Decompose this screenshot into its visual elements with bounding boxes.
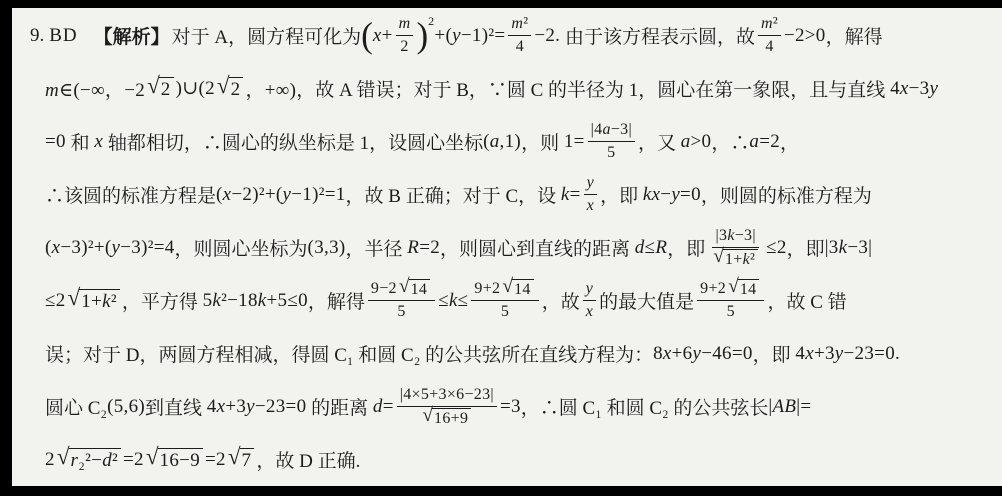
text-run: ，平方得 (122, 287, 203, 314)
fraction-denominator: 5 (604, 142, 618, 163)
radicand: 1+k² (723, 249, 758, 269)
radicand: 2 (229, 77, 244, 101)
fraction-numerator: m² (508, 14, 531, 36)
math-run: 5k²−18k+5≤0 (203, 290, 308, 312)
math-run: 2 (161, 79, 171, 101)
math-run: ，+∞) (245, 75, 296, 102)
math-run: 9+2 (700, 279, 726, 299)
solution-line: =0 和 x 轴都相切，∴圆心的纵坐标是 1，设圆心坐标(a,1)，则 1=|4… (12, 115, 1002, 168)
math-run: +(y−1)²= (434, 25, 505, 47)
math-run: (x−2)²+(y−1)²=1 (216, 184, 346, 206)
text-run: 由于该方程表示圆，故 (560, 22, 755, 49)
math-run: =0 (45, 131, 66, 153)
math-run: x+ (373, 25, 393, 47)
radical-sign: √ (68, 287, 81, 310)
math-run: (x−3)²+(y−3)²=4 (45, 237, 175, 259)
math-run: ≤2 (766, 237, 787, 259)
text-run: ，即 (600, 181, 643, 208)
text-run: ，又 (638, 128, 681, 155)
radicand: 1+k² (79, 289, 120, 313)
fraction-denominator: 5 (498, 301, 512, 322)
radical-sign: √ (228, 446, 241, 469)
fraction-denominator: x (583, 301, 596, 322)
text-run: ，则圆心坐标为 (175, 234, 308, 261)
fraction-denominator: 5 (394, 301, 408, 322)
text-run: ，即 (787, 234, 825, 261)
math-run: −2. (534, 25, 560, 47)
sqrt-expression: √16−9 (146, 448, 203, 472)
sqrt-expression: √14 (728, 279, 759, 299)
text-run: ，故 A 错误；对于 B，∵圆 C 的半径为 1，圆心在第一象限，且与直线 (296, 75, 890, 102)
math-run: r₂²−d² (71, 450, 118, 472)
solution-line: 2√r₂²−d²=2√16−9=2√7，故 D 正确. (12, 433, 1002, 486)
math-run: ≤2 (45, 290, 66, 312)
math-run: (5,6) (107, 396, 145, 418)
solution-line: ≤2√1+k²，平方得 5k²−18k+5≤0，解得9−2√145≤k≤9+2√… (12, 274, 1002, 327)
math-run: a>0 (681, 131, 712, 153)
text-run: ，半径 (346, 234, 408, 261)
fraction: m²4 (508, 14, 531, 57)
fraction: yx (584, 173, 597, 216)
solution-line: ∴该圆的标准方程是(x−2)²+(y−1)²=1，故 B 正确；对于 C，设 k… (12, 168, 1002, 221)
fraction-numerator: y (583, 279, 596, 301)
radicand: r₂²−d² (69, 448, 121, 472)
math-run: 8x+6y−46=0 (653, 343, 753, 365)
math-run: 4x−3y (890, 78, 938, 100)
math-run: m∈(−∞，−2 (45, 75, 145, 102)
radicand: 16−9 (158, 448, 203, 472)
math-run: x (586, 302, 593, 322)
fraction-numerator: |4×5+3×6−23| (397, 385, 497, 407)
radical-sign: √ (502, 277, 513, 297)
fraction-numerator: 9+2√14 (697, 279, 764, 301)
fraction-denominator: 5 (724, 301, 738, 322)
fraction-numerator: |3k−3| (712, 226, 758, 248)
sqrt-expression: √2 (147, 77, 174, 101)
text-run: ，∴ (711, 128, 749, 155)
math-run: 4 (765, 37, 773, 57)
math-run: )∪(2 (176, 77, 215, 100)
fraction-denominator: 2 (397, 36, 411, 57)
fraction: m2 (396, 14, 414, 57)
solution-line: 圆心 C₂(5,6)到直线 4x+3y−23=0 的距离 d=|4×5+3×6−… (12, 380, 1002, 433)
solution-line: 9. BD 【解析】 对于 A，圆方程可化为(x+m2)2+(y−1)²=m²4… (12, 9, 1002, 62)
fraction-denominator: 4 (762, 36, 776, 57)
fraction-numerator: 9+2√14 (471, 279, 538, 301)
math-run: 1+k² (81, 291, 117, 313)
radicand: 14 (512, 279, 534, 299)
math-run: =2 (205, 449, 226, 471)
math-run: m² (511, 14, 528, 34)
text-run: ，则圆心到直线的距离 (440, 234, 635, 261)
big-paren: ) (416, 19, 428, 51)
fraction: |4a−3|5 (588, 120, 635, 163)
text-run: ，故 (542, 287, 580, 314)
math-run: |AB|= (768, 396, 811, 418)
math-run: x (94, 131, 103, 153)
math-run: x (587, 196, 594, 216)
text-run: 的最大值是 (599, 287, 694, 314)
fraction-denominator: x (584, 195, 597, 216)
fraction: 9−2√145 (368, 279, 435, 322)
radical-sign: √ (422, 406, 433, 426)
text-run: ，则圆的标准方程为 (701, 181, 872, 208)
text-run: ，解得 (826, 22, 883, 49)
text-run: ， (780, 128, 799, 155)
math-run: =2 (123, 449, 144, 471)
math-run: 9+2 (474, 279, 500, 299)
text-run: ，故 B 正确；对于 C，设 (346, 181, 561, 208)
fraction-numerator: 9−2√14 (368, 279, 435, 301)
fraction-denominator: 4 (513, 36, 527, 57)
math-run: (a,1) (483, 131, 521, 153)
answer-letters: BD (49, 25, 77, 47)
math-run: kx−y=0 (643, 184, 701, 206)
sqrt-expression: √1+k² (713, 249, 758, 269)
radicand: 7 (240, 448, 255, 472)
fraction-numerator: m (396, 14, 414, 36)
radicand: 16+9 (432, 408, 471, 428)
document-page: 9. BD 【解析】 对于 A，圆方程可化为(x+m2)2+(y−1)²=m²4… (12, 8, 1002, 486)
solution-block: 9. BD 【解析】 对于 A，圆方程可化为(x+m2)2+(y−1)²=m²4… (12, 8, 1002, 486)
math-run: 14 (740, 281, 757, 299)
radical-sign: √ (399, 277, 410, 297)
fraction-denominator: √1+k² (708, 248, 763, 269)
math-run: 4 (516, 37, 524, 57)
math-run: 16−9 (160, 450, 200, 472)
solution-line: (x−3)²+(y−3)²=4，则圆心坐标为(3,3)，半径 R=2，则圆心到直… (12, 221, 1002, 274)
math-run: y (586, 279, 593, 299)
math-run: 5 (727, 302, 735, 322)
text-run: ，即 (753, 340, 796, 367)
fraction: |4×5+3×6−23|√16+9 (397, 385, 497, 428)
math-run: |4a−3| (591, 120, 632, 140)
math-run: −2>0 (784, 25, 826, 47)
fraction: 9+2√145 (471, 279, 538, 322)
text-run: ，∴圆 C₁ 和圆 C₂ 的公共弦长 (521, 393, 769, 420)
sqrt-expression: √14 (399, 279, 430, 299)
radical-sign: √ (728, 277, 739, 297)
text-run: 误；对于 D，两圆方程相减，得圆 C₁ 和圆 C₂ 的公共弦所在直线方程为： (45, 340, 653, 367)
math-run: 4x+3y−23=0 (207, 396, 307, 418)
math-run: k= (561, 184, 581, 206)
analysis-label: 【解析】 (94, 22, 170, 49)
math-run: 5 (501, 302, 509, 322)
text-run: ，则 (521, 128, 564, 155)
sqrt-expression: √r₂²−d² (57, 448, 121, 472)
math-run: y (587, 173, 594, 193)
math-run: |3k−3| (715, 226, 755, 246)
math-run: R=2 (407, 237, 440, 259)
text-run: ，故 C 错 (767, 287, 846, 314)
sqrt-expression: √14 (502, 279, 533, 299)
math-run: d= (373, 396, 394, 418)
math-run: 1+k² (725, 251, 755, 269)
text-run: ，故 D 正确. (256, 446, 360, 473)
fraction-numerator: m² (758, 14, 781, 36)
math-run: m (399, 14, 411, 34)
math-run: d≤R (635, 237, 667, 259)
fraction-numerator: y (584, 173, 597, 195)
text-run: 和 (66, 128, 95, 155)
sqrt-expression: √2 (217, 77, 244, 101)
math-run: 5 (397, 302, 405, 322)
radicand: 14 (738, 279, 760, 299)
text-run: 的距离 (306, 393, 373, 420)
radical-sign: √ (146, 446, 159, 469)
math-run: |3k−3| (825, 237, 873, 259)
text-run: ∴该圆的标准方程是 (45, 181, 216, 208)
solution-line: 误；对于 D，两圆方程相减，得圆 C₁ 和圆 C₂ 的公共弦所在直线方程为：8x… (12, 327, 1002, 380)
radicand: 2 (159, 77, 174, 101)
text-run: 轴都相切，∴圆心的纵坐标是 1，设圆心坐标 (103, 128, 483, 155)
fraction-numerator: |4a−3| (588, 120, 635, 142)
math-run: =3 (500, 396, 521, 418)
math-run: 14 (514, 281, 531, 299)
fraction-denominator: √16+9 (417, 407, 476, 428)
math-run: 1= (564, 131, 585, 153)
math-run: m² (761, 14, 778, 34)
radical-sign: √ (713, 247, 724, 267)
text-run: ，解得 (308, 287, 365, 314)
math-run: 14 (411, 281, 428, 299)
math-run: 5 (607, 143, 615, 163)
radical-sign: √ (217, 75, 230, 98)
fraction: |3k−3|√1+k² (708, 226, 763, 269)
text-run: 圆心 C₂ (45, 393, 107, 420)
big-paren: ( (361, 19, 373, 51)
radical-sign: √ (147, 75, 160, 98)
math-run: ≤k≤ (438, 290, 468, 312)
text-run: 对于 A，圆方程可化为 (172, 22, 361, 49)
math-run: 4x+3y−23=0. (795, 343, 900, 365)
radical-sign: √ (57, 446, 70, 469)
math-run: 2 (45, 449, 55, 471)
sqrt-expression: √1+k² (68, 289, 120, 313)
math-run: 16+9 (434, 410, 468, 428)
math-run: a=2 (749, 131, 780, 153)
text-run: 到直线 (145, 393, 207, 420)
solution-line: m∈(−∞，−2√2)∪(2√2，+∞)，故 A 错误；对于 B，∵圆 C 的半… (12, 62, 1002, 115)
math-run: (3,3) (308, 237, 346, 259)
problem-number: 9. (30, 25, 44, 47)
math-run: |4×5+3×6−23| (400, 385, 494, 405)
fraction: m²4 (758, 14, 781, 57)
sqrt-expression: √16+9 (422, 408, 471, 428)
math-run: 2 (400, 37, 408, 57)
text-run: ，即 (667, 234, 705, 261)
fraction: 9+2√145 (697, 279, 764, 322)
fraction: yx (583, 279, 596, 322)
math-run: 7 (242, 450, 252, 472)
math-run: 9−2 (371, 279, 397, 299)
sqrt-expression: √7 (228, 448, 255, 472)
radicand: 14 (409, 279, 431, 299)
math-run: 2 (231, 79, 241, 101)
